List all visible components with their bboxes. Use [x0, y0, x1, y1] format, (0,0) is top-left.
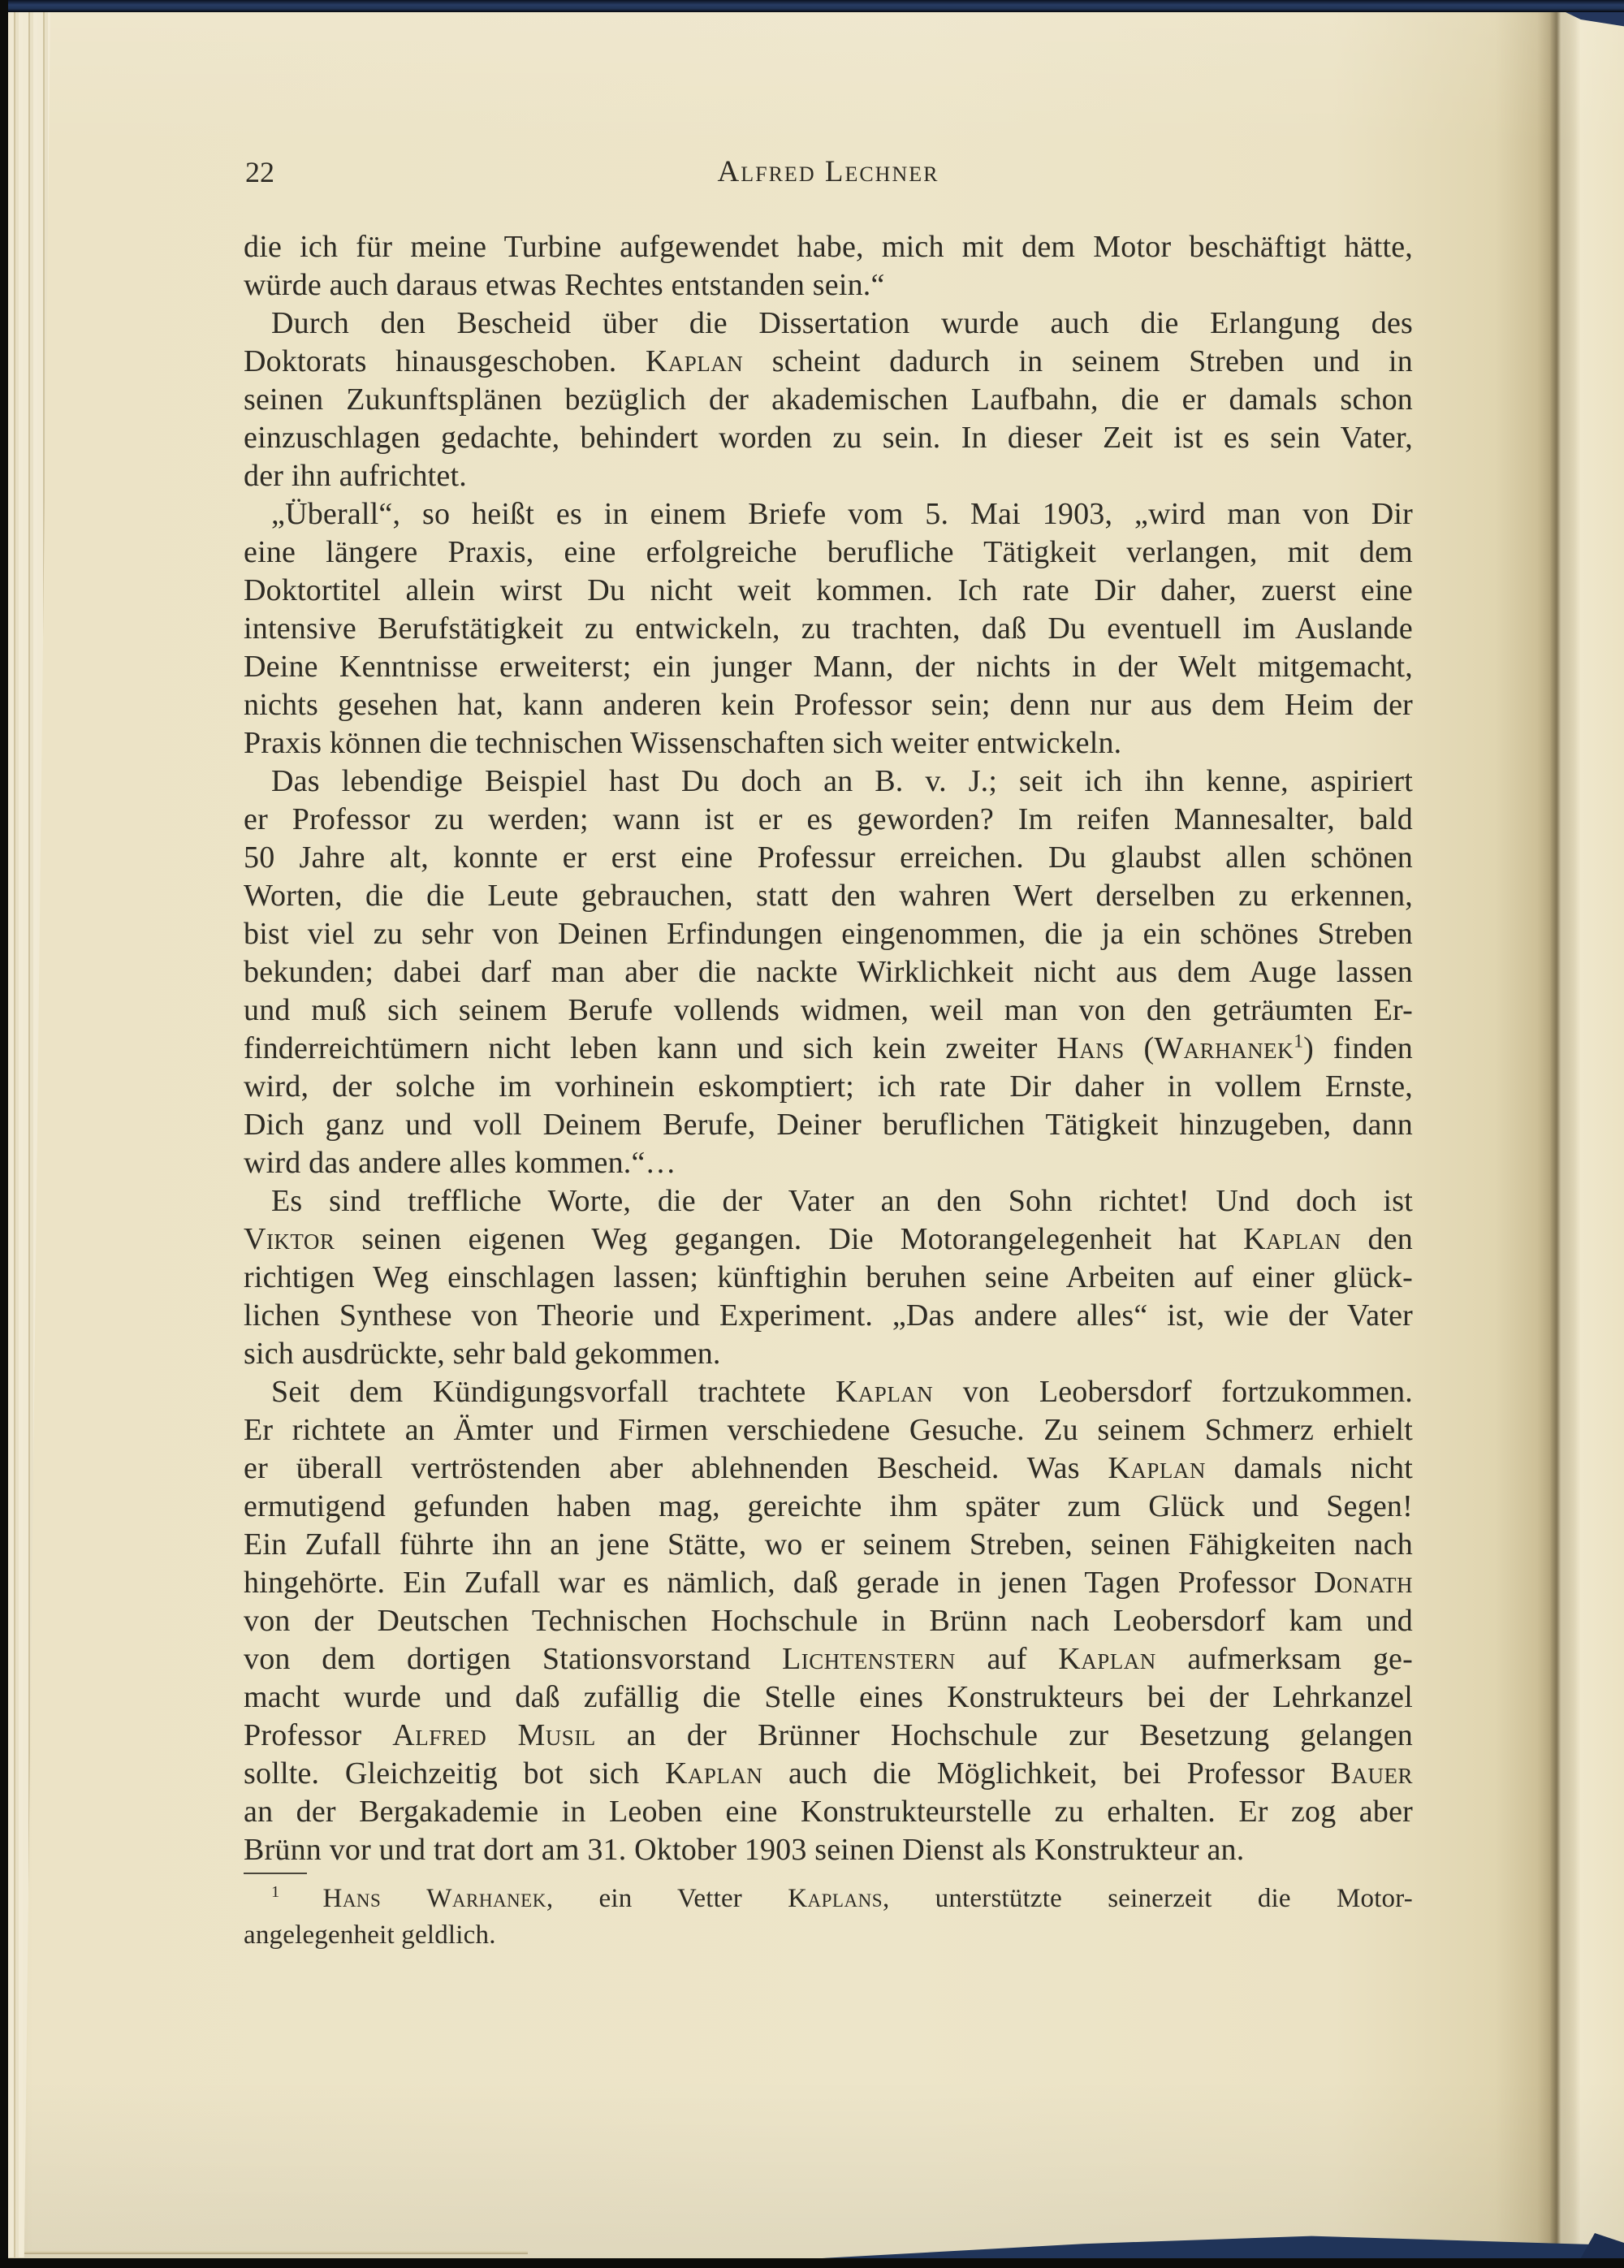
book-page-scan: 22 Alfred Lechner die ich für meine Turb…: [0, 0, 1624, 2268]
text-line: Deine Kenntnisse erweiterst; ein junger …: [244, 648, 1413, 686]
text-line: der ihn aufrichtet.: [244, 457, 1413, 495]
text-line: bekunden; dabei darf man aber die nackte…: [244, 953, 1413, 991]
text-line: einzuschlagen gedachte, behindert worden…: [244, 419, 1413, 457]
text-line: wird, der solche im vorhinein eskomptier…: [244, 1068, 1413, 1106]
text-line: Professor Alfred Musil an der Brünner Ho…: [244, 1717, 1413, 1755]
text-line: eine längere Praxis, eine erfolgreiche b…: [244, 534, 1413, 572]
book-cover-top-edge: [0, 0, 1624, 12]
footnote-text: 1 Hans Warhanek, ein Vetter Kaplans, unt…: [244, 1881, 1413, 1954]
page-bottom-edge-line: [24, 2251, 528, 2254]
running-header: 22 Alfred Lechner: [244, 154, 1413, 190]
scan-background-left: [0, 0, 8, 2268]
scan-background-bottom: [0, 2258, 1624, 2268]
text-line: Durch den Bescheid über die Dissertation…: [244, 305, 1413, 343]
running-header-title: Alfred Lechner: [244, 154, 1413, 190]
text-line: würde auch daraus etwas Rechtes entstand…: [244, 266, 1413, 305]
text-line: ermutigend gefunden haben mag, gereichte…: [244, 1488, 1413, 1526]
text-line: finderreichtümern nicht leben kann und s…: [244, 1030, 1413, 1068]
text-line: richtigen Weg einschlagen lassen; künfti…: [244, 1259, 1413, 1297]
page-number: 22: [245, 154, 274, 190]
text-line: und muß sich seinem Berufe vollends widm…: [244, 991, 1413, 1030]
text-line: Dich ganz und voll Deinem Berufe, Deiner…: [244, 1106, 1413, 1144]
text-line: Ein Zufall führte ihn an jene Stätte, wo…: [244, 1526, 1413, 1564]
text-line: 1 Hans Warhanek, ein Vetter Kaplans, unt…: [244, 1881, 1413, 1917]
text-line: Es sind treffliche Worte, die der Vater …: [244, 1182, 1413, 1220]
text-line: von der Deutschen Technischen Hochschule…: [244, 1602, 1413, 1640]
text-line: wird das andere alles kommen.“…: [244, 1144, 1413, 1182]
binding-gutter-crease: [1537, 12, 1574, 2257]
text-line: bist viel zu sehr von Deinen Erfindungen…: [244, 915, 1413, 953]
text-line: Doktorats hinausgeschoben. Kaplan schein…: [244, 343, 1413, 381]
text-line: Er richtete an Ämter und Firmen verschie…: [244, 1411, 1413, 1449]
text-line: hingehörte. Ein Zufall war es nämlich, d…: [244, 1564, 1413, 1602]
text-line: Viktor seinen eigenen Weg gegangen. Die …: [244, 1220, 1413, 1259]
footnote-rule: [244, 1873, 307, 1874]
text-line: intensive Berufstätigkeit zu entwickeln,…: [244, 610, 1413, 648]
text-line: nichts gesehen hat, kann anderen kein Pr…: [244, 686, 1413, 724]
text-line: lichen Synthese von Theorie und Experime…: [244, 1297, 1413, 1335]
text-line: 50 Jahre alt, konnte er erst eine Profes…: [244, 839, 1413, 877]
body-text: die ich für meine Turbine aufgewendet ha…: [244, 228, 1413, 1869]
text-line: an der Bergakademie in Leoben eine Konst…: [244, 1793, 1413, 1831]
text-line: Seit dem Kündigungsvorfall trachtete Kap…: [244, 1373, 1413, 1411]
text-line: macht wurde und daß zufällig die Stelle …: [244, 1678, 1413, 1717]
text-line: Worten, die die Leute gebrauchen, statt …: [244, 877, 1413, 915]
text-line: Das lebendige Beispiel hast Du doch an B…: [244, 762, 1413, 801]
text-line: Praxis können die technischen Wissenscha…: [244, 724, 1413, 762]
text-line: Doktortitel allein wirst Du nicht weit k…: [244, 572, 1413, 610]
text-line: seinen Zukunftsplänen bezüglich der akad…: [244, 381, 1413, 419]
text-line: angelegenheit geldlich.: [244, 1917, 1413, 1954]
text-line: Brünn vor und trat dort am 31. Oktober 1…: [244, 1831, 1413, 1869]
text-line: sollte. Gleichzeitig bot sich Kaplan auc…: [244, 1755, 1413, 1793]
text-line: die ich für meine Turbine aufgewendet ha…: [244, 228, 1413, 266]
text-line: von dem dortigen Stationsvorstand Lichte…: [244, 1640, 1413, 1678]
text-line: „Überall“, so heißt es in einem Briefe v…: [244, 495, 1413, 534]
text-line: er Professor zu werden; wann ist er es g…: [244, 801, 1413, 839]
text-line: sich ausdrückte, sehr bald gekommen.: [244, 1335, 1413, 1373]
text-line: er überall vertröstenden aber ablehnende…: [244, 1449, 1413, 1488]
